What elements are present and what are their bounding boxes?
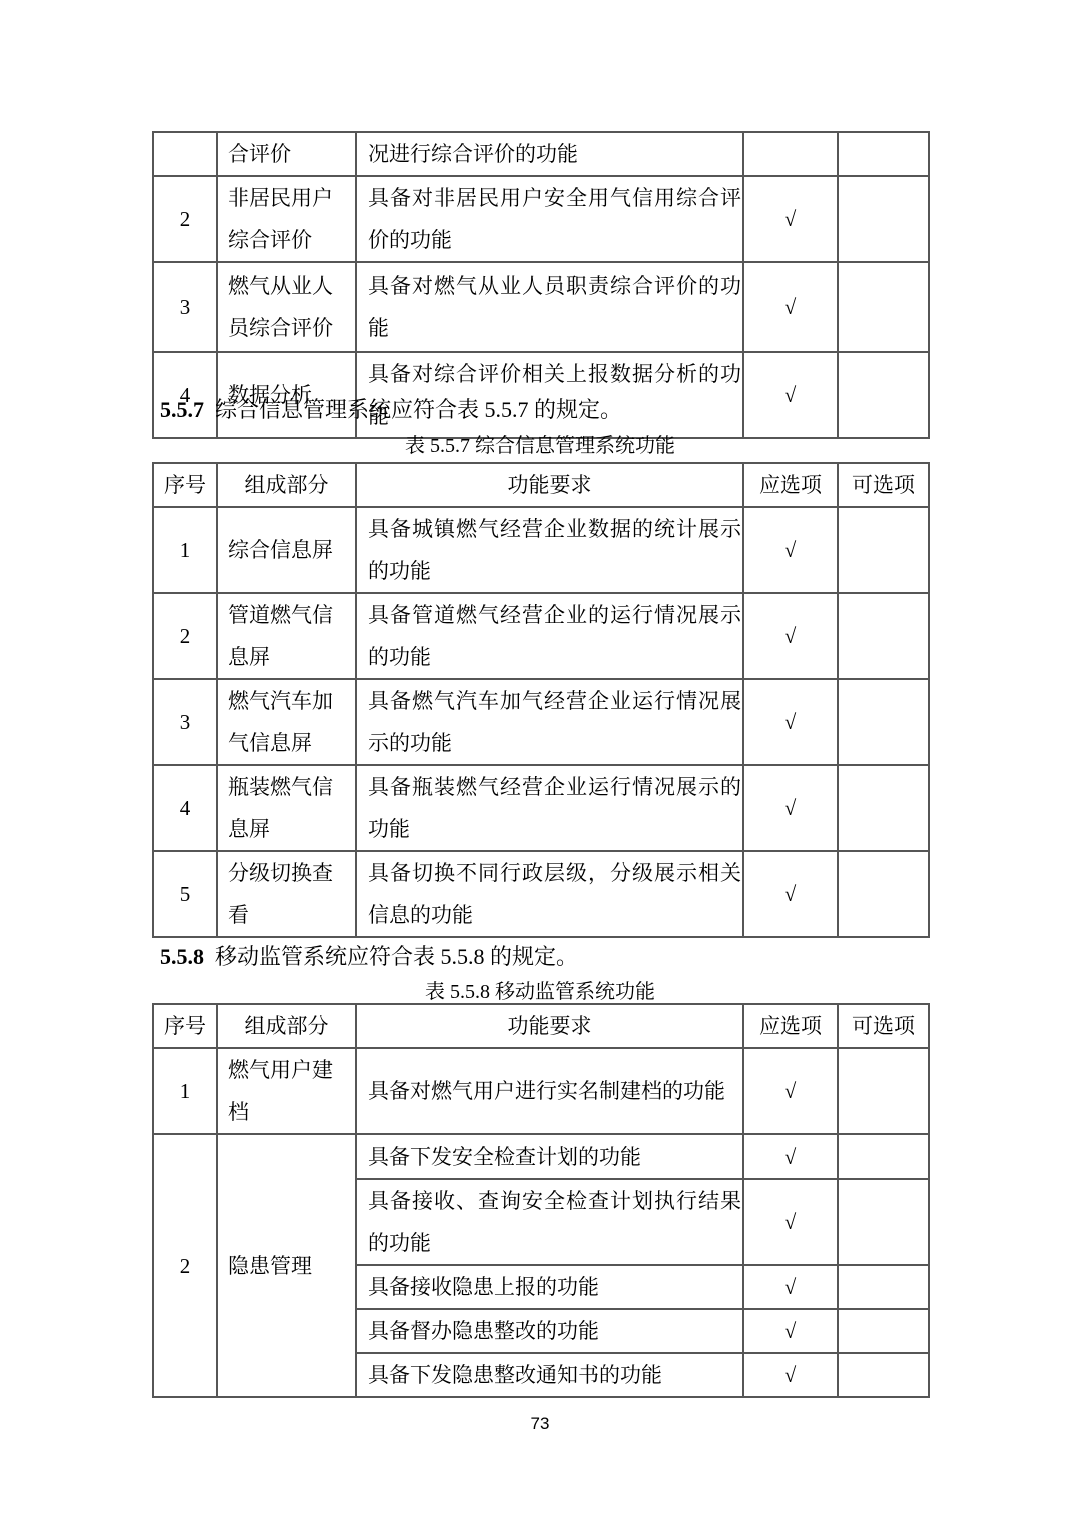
header-component: 组成部分 <box>217 1004 356 1048</box>
header-optional: 可选项 <box>838 1004 929 1048</box>
cell-mandatory-checkmark: √ <box>743 593 838 679</box>
cell-seq: 2 <box>153 593 217 679</box>
cell-mandatory-checkmark: √ <box>743 507 838 593</box>
cell-seq: 4 <box>153 765 217 851</box>
cell-requirement: 具备管道燃气经营企业的运行情况展示的功能 <box>356 593 743 679</box>
table-row: 4 瓶装燃气信息屏 具备瓶装燃气经营企业运行情况展示的功能 √ <box>153 765 929 851</box>
table-row: 5 分级切换查看 具备切换不同行政层级，分级展示相关信息的功能 √ <box>153 851 929 937</box>
cell-mandatory-checkmark: √ <box>743 176 838 262</box>
table-caption-5-5-8: 表 5.5.8 移动监管系统功能 <box>0 979 1080 1005</box>
document-page: { "page_number": "73", "headers": { "seq… <box>0 0 1080 1527</box>
header-mandatory: 应选项 <box>743 1004 838 1048</box>
cell-seq: 1 <box>153 507 217 593</box>
cell-requirement: 具备下发隐患整改通知书的功能 <box>356 1353 743 1397</box>
section-number: 5.5.7 <box>160 397 204 422</box>
section-heading-5-5-7: 5.5.7综合信息管理系统应符合表 5.5.7 的规定。 <box>160 395 980 424</box>
cell-seq: 1 <box>153 1048 217 1134</box>
header-mandatory: 应选项 <box>743 463 838 507</box>
cell-requirement: 具备对燃气用户进行实名制建档的功能 <box>356 1048 743 1134</box>
cell-component: 综合信息屏 <box>217 507 356 593</box>
header-requirement: 功能要求 <box>356 463 743 507</box>
page-number: 73 <box>0 1414 1080 1434</box>
cell-component: 管道燃气信息屏 <box>217 593 356 679</box>
cell-requirement: 具备对燃气从业人员职责综合评价的功能 <box>356 262 743 352</box>
cell-seq: 3 <box>153 679 217 765</box>
cell-seq: 5 <box>153 851 217 937</box>
cell-component: 合评价 <box>217 132 356 176</box>
header-seq: 序号 <box>153 1004 217 1048</box>
header-optional: 可选项 <box>838 463 929 507</box>
cell-component: 瓶装燃气信息屏 <box>217 765 356 851</box>
table-5-5-8-mobile-supervision-system: 序号 组成部分 功能要求 应选项 可选项 1 燃气用户建档 具备对燃气用户进行实… <box>152 1003 930 1398</box>
cell-mandatory-checkmark: √ <box>743 1265 838 1309</box>
cell-optional <box>838 1265 929 1309</box>
table-row: 合评价 况进行综合评价的功能 <box>153 132 929 176</box>
cell-requirement: 具备督办隐患整改的功能 <box>356 1309 743 1353</box>
cell-optional <box>838 176 929 262</box>
cell-requirement: 况进行综合评价的功能 <box>356 132 743 176</box>
section-text: 移动监管系统应符合表 5.5.8 的规定。 <box>215 944 578 969</box>
cell-component: 分级切换查看 <box>217 851 356 937</box>
cell-mandatory-checkmark: √ <box>743 1353 838 1397</box>
cell-mandatory-checkmark: √ <box>743 1048 838 1134</box>
table-row: 2 隐患管理 具备下发安全检查计划的功能 √ <box>153 1134 929 1179</box>
cell-component: 燃气从业人员综合评价 <box>217 262 356 352</box>
cell-optional <box>838 765 929 851</box>
cell-optional <box>838 507 929 593</box>
cell-seq: 2 <box>153 176 217 262</box>
header-requirement: 功能要求 <box>356 1004 743 1048</box>
cell-optional <box>838 1309 929 1353</box>
table-caption-5-5-7: 表 5.5.7 综合信息管理系统功能 <box>0 433 1080 459</box>
table-row: 1 综合信息屏 具备城镇燃气经营企业数据的统计展示的功能 √ <box>153 507 929 593</box>
table-row: 3 燃气汽车加气信息屏 具备燃气汽车加气经营企业运行情况展示的功能 √ <box>153 679 929 765</box>
cell-mandatory-checkmark: √ <box>743 1134 838 1179</box>
section-number: 5.5.8 <box>160 944 204 969</box>
header-seq: 序号 <box>153 463 217 507</box>
table-row: 2 非居民用户综合评价 具备对非居民用户安全用气信用综合评价的功能 √ <box>153 176 929 262</box>
cell-mandatory-checkmark: √ <box>743 262 838 352</box>
cell-seq: 3 <box>153 262 217 352</box>
cell-requirement: 具备接收隐患上报的功能 <box>356 1265 743 1309</box>
cell-mandatory-checkmark: √ <box>743 1309 838 1353</box>
cell-requirement: 具备接收、查询安全检查计划执行结果的功能 <box>356 1179 743 1265</box>
cell-requirement: 具备切换不同行政层级，分级展示相关信息的功能 <box>356 851 743 937</box>
cell-mandatory <box>743 132 838 176</box>
cell-requirement: 具备城镇燃气经营企业数据的统计展示的功能 <box>356 507 743 593</box>
section-text: 综合信息管理系统应符合表 5.5.7 的规定。 <box>215 397 622 422</box>
cell-requirement: 具备瓶装燃气经营企业运行情况展示的功能 <box>356 765 743 851</box>
cell-requirement: 具备下发安全检查计划的功能 <box>356 1134 743 1179</box>
cell-mandatory-checkmark: √ <box>743 851 838 937</box>
cell-component: 燃气用户建档 <box>217 1048 356 1134</box>
table-continuation-comprehensive-evaluation: 合评价 况进行综合评价的功能 2 非居民用户综合评价 具备对非居民用户安全用气信… <box>152 131 930 439</box>
table-row: 1 燃气用户建档 具备对燃气用户进行实名制建档的功能 √ <box>153 1048 929 1134</box>
table-row: 2 管道燃气信息屏 具备管道燃气经营企业的运行情况展示的功能 √ <box>153 593 929 679</box>
header-component: 组成部分 <box>217 463 356 507</box>
section-heading-5-5-8: 5.5.8移动监管系统应符合表 5.5.8 的规定。 <box>160 942 980 971</box>
table-5-5-7-comprehensive-info-system: 序号 组成部分 功能要求 应选项 可选项 1 综合信息屏 具备城镇燃气经营企业数… <box>152 462 930 938</box>
cell-component: 隐患管理 <box>217 1134 356 1397</box>
cell-optional <box>838 1048 929 1134</box>
cell-optional <box>838 679 929 765</box>
cell-optional <box>838 851 929 937</box>
cell-mandatory-checkmark: √ <box>743 679 838 765</box>
cell-seq: 2 <box>153 1134 217 1397</box>
cell-mandatory-checkmark: √ <box>743 765 838 851</box>
cell-optional <box>838 1134 929 1179</box>
table-header-row: 序号 组成部分 功能要求 应选项 可选项 <box>153 1004 929 1048</box>
cell-optional <box>838 1353 929 1397</box>
table-row: 3 燃气从业人员综合评价 具备对燃气从业人员职责综合评价的功能 √ <box>153 262 929 352</box>
cell-mandatory-checkmark: √ <box>743 1179 838 1265</box>
table-header-row: 序号 组成部分 功能要求 应选项 可选项 <box>153 463 929 507</box>
cell-optional <box>838 593 929 679</box>
cell-optional <box>838 1179 929 1265</box>
cell-requirement: 具备对非居民用户安全用气信用综合评价的功能 <box>356 176 743 262</box>
cell-optional <box>838 132 929 176</box>
cell-component: 非居民用户综合评价 <box>217 176 356 262</box>
cell-component: 燃气汽车加气信息屏 <box>217 679 356 765</box>
cell-optional <box>838 262 929 352</box>
cell-requirement: 具备燃气汽车加气经营企业运行情况展示的功能 <box>356 679 743 765</box>
cell-seq <box>153 132 217 176</box>
